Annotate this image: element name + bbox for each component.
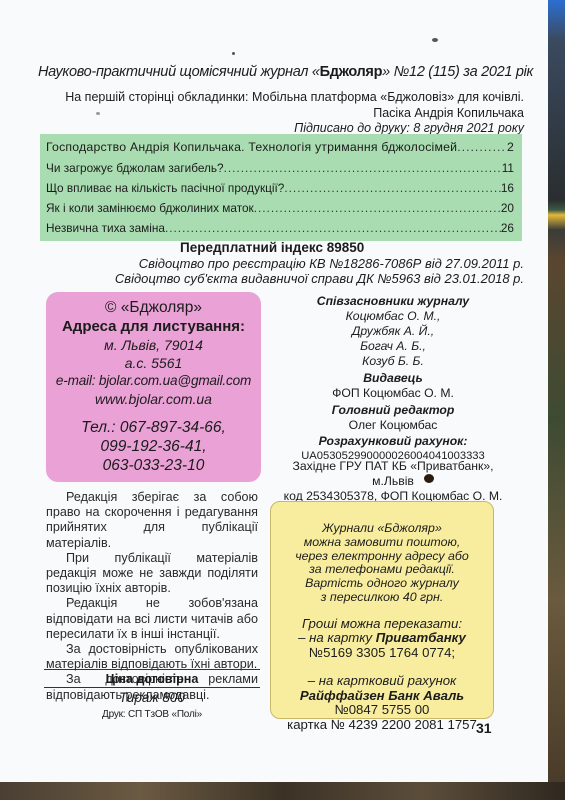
publisher-section: Видавець ФОП Коцюмбас О. М. — [268, 371, 518, 401]
toc-item-page: 11 — [502, 161, 514, 175]
bank-details: Західне ГРУ ПАТ КБ «Приватбанк», м.Львів… — [268, 459, 518, 504]
toc-leader — [224, 161, 502, 175]
raif-prefix: – на картковий рахунок — [271, 674, 493, 689]
toc-item[interactable]: Що впливає на кількість пасічної продукц… — [46, 181, 514, 199]
address-label: Адреса для листування: — [46, 318, 261, 336]
toc-leader — [254, 201, 501, 215]
table-of-contents: Господарство Андрія Копильчака. Технолог… — [40, 134, 522, 241]
privat-line: – на картку Приватбанку — [271, 631, 493, 646]
founders-section: Співзасновники журналу Коцюмбас О. М., Д… — [268, 294, 518, 369]
page-number: 31 — [476, 720, 492, 736]
phone-list: Тел.: 067-897-34-66, 099-192-36-41, 063-… — [46, 418, 261, 475]
cover-author: Пасіка Андрія Копильчака — [373, 106, 524, 120]
scan-speck — [232, 52, 235, 55]
transfer-label: Гроші можна переказати: — [271, 617, 493, 632]
publisher-name: ФОП Коцюмбас О. М. — [268, 386, 518, 401]
print-run: Тираж 800 — [44, 690, 260, 705]
bank-account-label: Розрахунковий рахунок: — [268, 434, 518, 449]
toc-item[interactable]: Господарство Андрія Копильчака. Технолог… — [46, 140, 514, 158]
privat-prefix: – на картку — [298, 630, 376, 645]
cover-caption: На першій сторінці обкладинки: Мобільна … — [65, 90, 524, 104]
order-intro-line: Вартість одного журналу — [271, 577, 493, 591]
toc-leader — [457, 140, 507, 154]
toc-item[interactable]: Як і коли замінюємо бджолиних маток20 — [46, 201, 514, 219]
bank-name: Західне ГРУ ПАТ КБ «Приватбанк», — [268, 459, 518, 474]
toc-item-title: Як і коли замінюємо бджолиних маток — [46, 201, 254, 215]
policy-paragraph: За достовірність опублікованих матеріалі… — [46, 642, 258, 672]
masthead-prefix: Науково-практичний щомісячний журнал « — [38, 64, 320, 80]
toc-leader — [284, 181, 501, 195]
phone-number[interactable]: 063-033-23-10 — [46, 456, 261, 475]
toc-item-page: 16 — [501, 181, 514, 195]
founder-name: Дружбяк А. Й., — [268, 324, 518, 339]
order-intro-line: можна замовити поштою, — [271, 536, 493, 550]
toc-item-title: Чи загрожує бджолам загибель? — [46, 161, 224, 175]
raif-account-number: №0847 5755 00 — [271, 703, 493, 718]
order-intro-line: з пересилкою 40 грн. — [271, 591, 493, 605]
toc-leader — [165, 221, 501, 235]
cover-edge-strip — [548, 0, 565, 800]
bank-city: м.Львів — [268, 474, 518, 489]
founder-name: Коцюмбас О. М., — [268, 309, 518, 324]
editorial-policy: Редакція зберігає за собою право на скор… — [46, 490, 258, 703]
toc-item[interactable]: Чи загрожує бджолам загибель?11 — [46, 161, 514, 179]
toc-item-title: Господарство Андрія Копильчака. Технолог… — [46, 140, 457, 154]
masthead-issue: » №12 (115) за 2021 рік — [382, 64, 533, 80]
email-link[interactable]: e-mail: bjolar.com.ua@gmail.com — [46, 372, 261, 390]
toc-item-title: Що впливає на кількість пасічної продукц… — [46, 181, 284, 195]
privat-card-number: №5169 3305 1764 0774; — [271, 646, 493, 661]
phone-number[interactable]: Тел.: 067-897-34-66, — [46, 418, 261, 437]
copyright-brand: © «Бджоляр» — [46, 298, 261, 318]
journal-name: Бджоляр — [320, 64, 382, 80]
privat-bank-name: Приватбанку — [376, 630, 466, 645]
editor-section: Головний редактор Олег Коцюмбас — [268, 403, 518, 433]
order-info-box: Журнали «Бджоляр» можна замовити поштою,… — [270, 501, 494, 719]
founder-name: Козуб Б. Б. — [268, 354, 518, 369]
signed-for-print: Підписано до друку: 8 грудня 2021 року — [294, 121, 524, 135]
masthead: Науково-практичний щомісячний журнал «Бд… — [38, 64, 524, 80]
address-city: м. Львів, 79014 — [46, 336, 261, 354]
editor-label: Головний редактор — [268, 403, 518, 418]
publisher-certificate: Свідоцтво суб'єкта видавничої справи ДК … — [115, 271, 524, 286]
editor-name: Олег Коцюмбас — [268, 418, 518, 433]
divider — [44, 687, 260, 688]
publisher-label: Видавець — [268, 371, 518, 386]
policy-paragraph: При публікації матеріалів редакція може … — [46, 551, 258, 597]
toc-item[interactable]: Незвична тиха заміна26 — [46, 221, 514, 239]
registration-certificate: Свідоцтво про реєстрацію КВ №18286-7086Р… — [139, 256, 524, 271]
toc-item-title: Незвична тиха заміна — [46, 221, 165, 235]
website-link[interactable]: www.bjolar.com.ua — [46, 390, 261, 408]
scan-speck — [96, 112, 100, 115]
raif-bank-name: Райффайзен Банк Аваль — [271, 689, 493, 704]
price: Ціна договірна — [44, 672, 260, 686]
po-box: а.с. 5561 — [46, 354, 261, 372]
toc-item-page: 20 — [501, 201, 514, 215]
founder-name: Богач А. Б., — [268, 339, 518, 354]
order-intro-line: через електронну адресу або — [271, 550, 493, 564]
toc-item-page: 26 — [501, 221, 514, 235]
printer-info: Друк: СП ТзОВ «Полі» — [44, 709, 260, 720]
scan-speck — [432, 38, 438, 42]
divider — [44, 669, 260, 670]
order-intro-line: Журнали «Бджоляр» — [271, 522, 493, 536]
policy-paragraph: Редакція зберігає за собою право на скор… — [46, 490, 258, 551]
raif-card-number: картка № 4239 2200 2081 1757 — [271, 718, 493, 733]
phone-number[interactable]: 099-192-36-41, — [46, 437, 261, 456]
bottom-photo-strip — [0, 782, 565, 800]
toc-item-page: 2 — [507, 140, 514, 154]
founders-label: Співзасновники журналу — [268, 294, 518, 309]
contact-box: © «Бджоляр» Адреса для листування: м. Ль… — [46, 292, 261, 482]
policy-paragraph: Редакція не зобов'язана відповідати на в… — [46, 596, 258, 642]
order-intro-line: за телефонами редакції. — [271, 563, 493, 577]
subscription-index: Передплатний індекс 89850 — [180, 240, 364, 255]
